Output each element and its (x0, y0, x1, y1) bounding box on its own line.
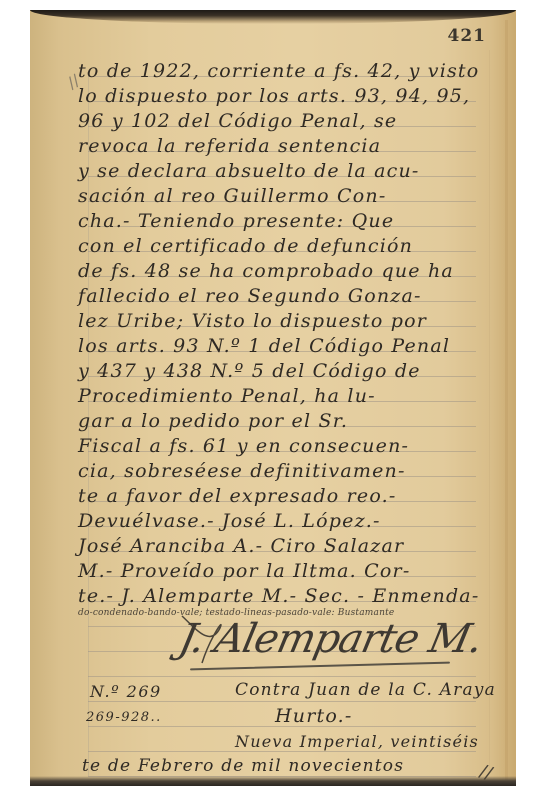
closing-mark: // (477, 761, 496, 785)
page-number: 421 (448, 26, 487, 46)
text-line: to de 1922, corriente a fs. 42, y visto (78, 60, 479, 82)
text-line: de fs. 48 se ha comprobado que ha (78, 260, 454, 282)
text-line: lez Uribe; Visto lo dispuesto por (78, 310, 427, 332)
text-line: revoca la referida sentencia (78, 135, 381, 157)
text-line: lo dispuesto por los arts. 93, 94, 95, (78, 85, 470, 107)
entry-text-line: te de Febrero de mil novecientos (82, 756, 404, 776)
entry-subtitle: Hurto.- (275, 705, 353, 727)
text-line: te a favor del expresado reo.- (78, 485, 397, 507)
text-line: gar a lo pedido por el Sr. (78, 410, 348, 432)
entry-number: N.º 269 (90, 682, 162, 701)
text-line: cia, sobreséese definitivamen- (78, 460, 406, 482)
text-line: cha.- Teniendo presente: Que (78, 210, 394, 232)
text-line: 96 y 102 del Código Penal, se (78, 110, 397, 132)
text-line: con el certificado de defunción (78, 235, 413, 257)
text-line: sación al reo Guillermo Con- (78, 185, 386, 207)
text-line: Procedimiento Penal, ha lu- (78, 385, 376, 407)
text-line: José Aranciba A.- Ciro Salazar (78, 535, 404, 557)
entry-text-line: Nueva Imperial, veintiséis (235, 732, 479, 751)
text-line: Fiscal a fs. 61 y en consecuen- (78, 435, 409, 457)
text-line: y 437 y 438 N.º 5 del Código de (78, 360, 421, 382)
entry-code: 269-928.. (86, 710, 162, 725)
text-line: y se declara absuelto de la acu- (78, 160, 420, 182)
signature: J. Alemparte M. (175, 616, 486, 662)
page-edge-inner (489, 50, 490, 770)
ledger-page: 421 // to de 1922, corriente a fs. (30, 10, 516, 786)
text-line: M.- Proveído por la Iltma. Cor- (78, 560, 410, 582)
text-line: te.- J. Alemparte M.- Sec. - Enmenda- (78, 585, 479, 607)
page-edge (505, 20, 508, 780)
entry-title: Contra Juan de la C. Araya (235, 680, 496, 700)
text-line: Devuélvase.- José L. López.- (78, 510, 381, 532)
text-line: fallecido el reo Segundo Gonza- (78, 285, 422, 307)
text-line: los arts. 93 N.º 1 del Código Penal (78, 335, 450, 357)
